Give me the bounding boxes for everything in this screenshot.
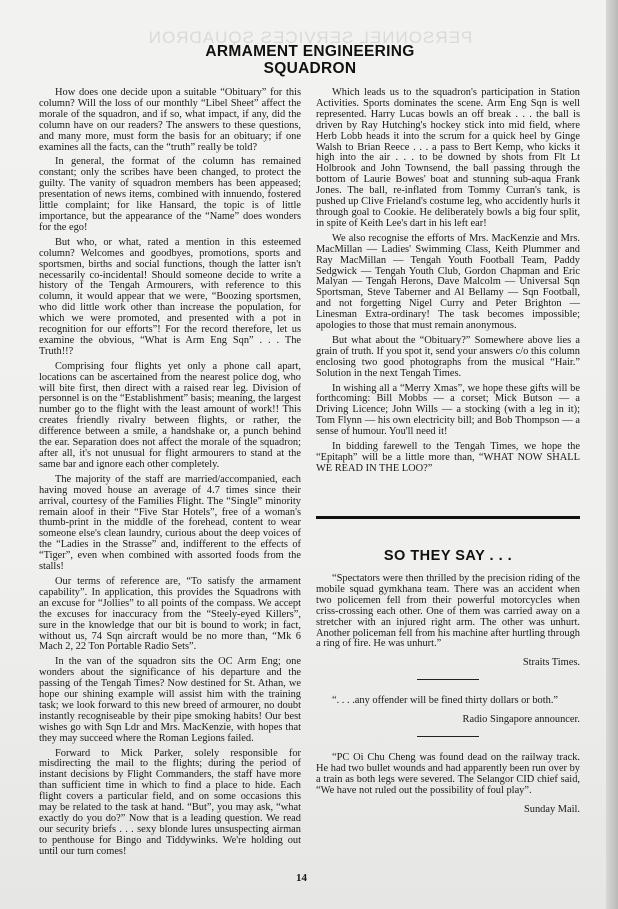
paragraph: We also recognise the efforts of Mrs. Ma… <box>316 234 580 332</box>
paragraph: Our terms of reference are, “To satisfy … <box>39 577 301 653</box>
paragraph: In the van of the squadron sits the OC A… <box>39 657 301 744</box>
article-left-column: How does one decide upon a suitable “Obi… <box>39 88 301 862</box>
paragraph: Forward to Mick Parker, solely responsib… <box>39 749 301 858</box>
paragraph: How does one decide upon a suitable “Obi… <box>39 88 301 153</box>
quote-source: Radio Singapore announcer. <box>316 715 580 726</box>
paragraph: Which leads us to the squadron's partici… <box>316 88 580 230</box>
page-number: 14 <box>296 872 307 884</box>
paragraph: In wishing all a “Merry Xmas”, we hope t… <box>316 384 580 439</box>
article-right-column: Which leads us to the squadron's partici… <box>316 88 580 479</box>
quote-item: “Spectators were then thrilled by the pr… <box>316 574 580 669</box>
paragraph: The majority of the staff are married/ac… <box>39 475 301 573</box>
paragraph: In bidding farewell to the Tengah Times,… <box>316 442 580 475</box>
paragraph: But who, or what, rated a mention in thi… <box>39 238 301 358</box>
paragraph: But what about the “Obituary?” Somewhere… <box>316 336 580 380</box>
quote-source: Straits Times. <box>316 658 580 669</box>
article-title: ARMAMENT ENGINEERING SQUADRON <box>120 43 500 77</box>
quote-item: “. . . .any offender will be fined thirt… <box>316 696 580 726</box>
quote-item: “PC Oi Chu Cheng was found dead on the r… <box>316 753 580 816</box>
so-they-say-title: SO THEY SAY . . . <box>316 548 580 564</box>
quote-divider <box>417 679 479 680</box>
quote-source: Sunday Mail. <box>316 805 580 816</box>
quote-text: “. . . .any offender will be fined thirt… <box>316 696 580 707</box>
paragraph: Comprising four flights yet only a phone… <box>39 362 301 471</box>
article-title-line2: SQUADRON <box>120 60 500 77</box>
page-edge-shadow <box>606 0 618 909</box>
so-they-say-quotes: “Spectators were then thrilled by the pr… <box>316 574 580 826</box>
magazine-page: PERSONNEL SERVICES SQUADRON ARMAMENT ENG… <box>0 0 606 909</box>
article-title-line1: ARMAMENT ENGINEERING <box>120 43 500 60</box>
quote-divider <box>417 736 479 737</box>
quote-text: “Spectators were then thrilled by the pr… <box>316 574 580 650</box>
paragraph: In general, the format of the column has… <box>39 157 301 233</box>
quote-text: “PC Oi Chu Cheng was found dead on the r… <box>316 753 580 797</box>
section-divider <box>316 516 580 519</box>
